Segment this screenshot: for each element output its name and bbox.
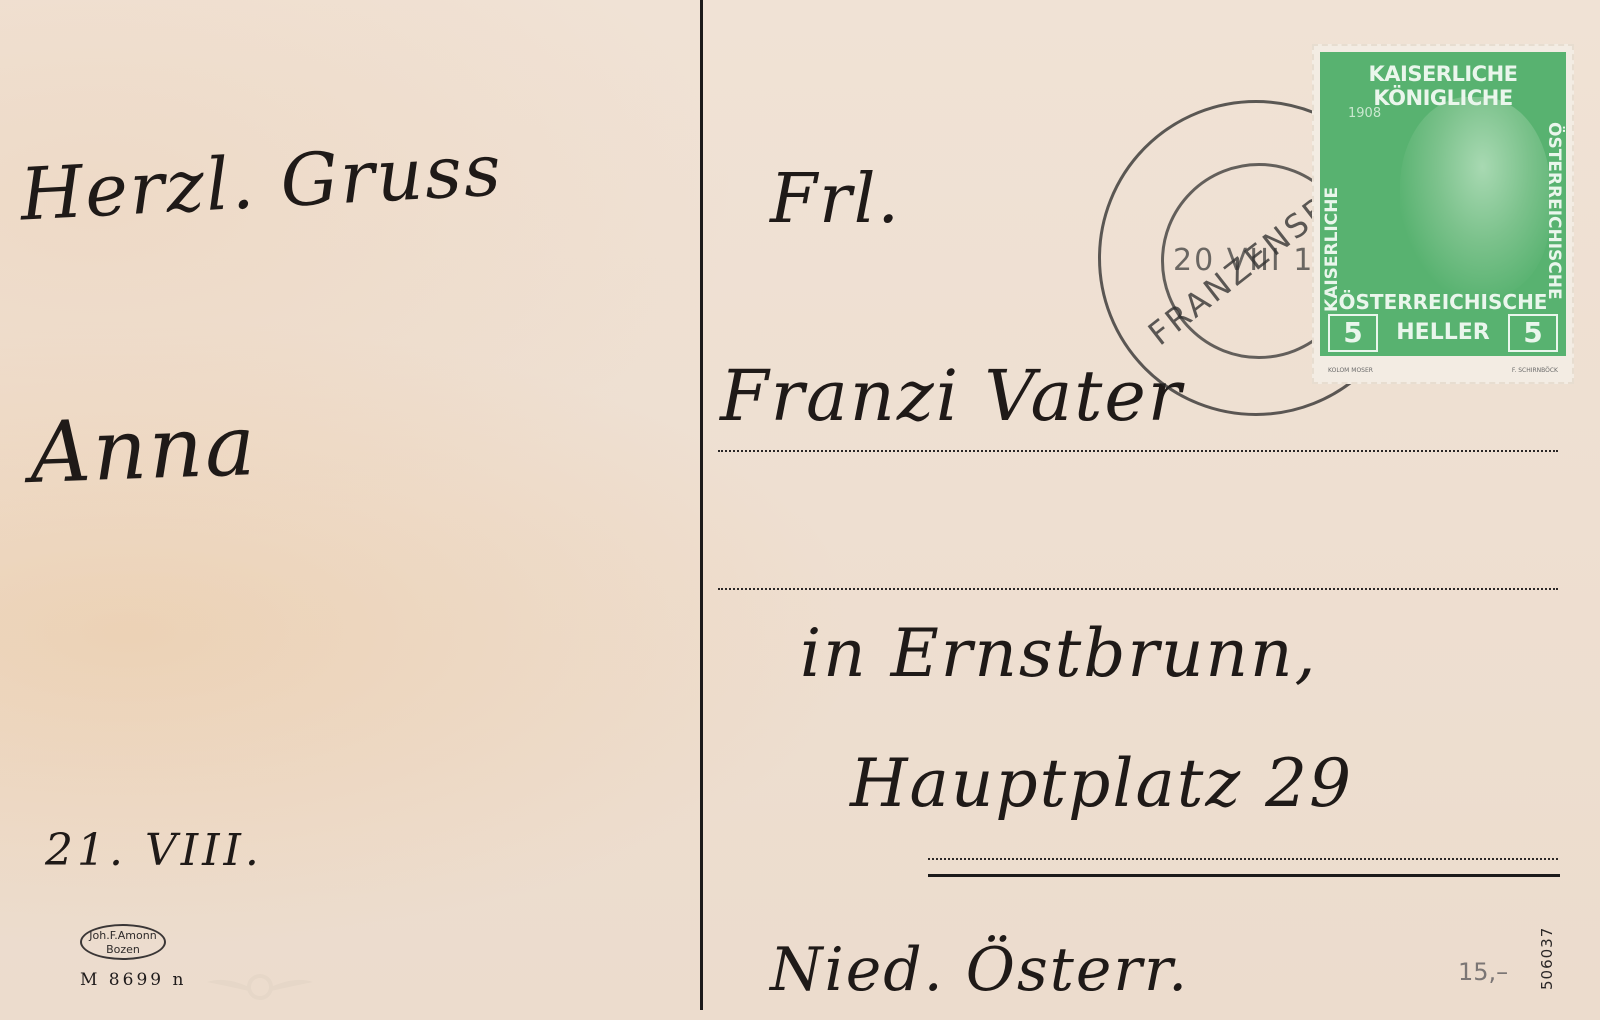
postcard-back: Herzl. Gruss Anna 21. VIII. Joh.F.Amonn … [0, 0, 1600, 1020]
address-line-4 [928, 874, 1560, 877]
emperor-portrait-icon [1400, 97, 1550, 297]
stamp-denomination: HELLER [1380, 320, 1506, 345]
publisher-name: Joh.F.Amonn [82, 929, 164, 943]
address-line-2 [718, 588, 1558, 590]
town-text: in Ernstbrunn, [800, 615, 1318, 692]
print-code: M 8699 n [80, 970, 186, 990]
winged-wheel-emblem-icon [205, 972, 315, 1002]
greeting-text: Herzl. Gruss [18, 127, 505, 236]
pencil-price-note: 15,– [1458, 958, 1508, 986]
postmark-date: 20 VIII 1 [1173, 243, 1314, 278]
publisher-city: Bozen [82, 943, 164, 957]
salutation-text: Frl. [770, 160, 901, 239]
stamp-year: 1908 [1348, 106, 1381, 121]
street-text: Hauptplatz 29 [850, 745, 1353, 822]
center-divider-line [700, 0, 703, 1010]
stamp-value-right: 5 [1508, 314, 1558, 352]
stamp-bottom-text: ÖSTERREICHISCHE [1320, 290, 1566, 314]
address-line-1 [718, 450, 1558, 452]
date-text: 21. VIII. [45, 825, 263, 876]
signature-text: Anna [28, 396, 258, 502]
stamp-designer-credit: KOLOM MOSER [1328, 367, 1373, 374]
stamp-right-text: ÖSTERREICHISCHE [1544, 122, 1564, 312]
address-line-3 [928, 858, 1558, 860]
recipient-name-text: Franzi Vater [720, 355, 1183, 437]
postage-stamp: KAISERLICHE KÖNIGLICHE 1908 KAISERLICHE … [1312, 44, 1574, 384]
publisher-stamp: Joh.F.Amonn Bozen [80, 924, 166, 960]
stamp-engraver-credit: F. SCHIRNBÖCK [1512, 367, 1558, 374]
serial-number: 506037 [1538, 900, 1560, 990]
stamp-left-text: KAISERLICHE [1322, 122, 1342, 312]
stamp-value-left: 5 [1328, 314, 1378, 352]
region-text: Nied. Österr. [770, 935, 1189, 1005]
stamp-top-text: KAISERLICHE KÖNIGLICHE [1320, 62, 1566, 110]
stamp-design: KAISERLICHE KÖNIGLICHE 1908 KAISERLICHE … [1320, 52, 1566, 356]
